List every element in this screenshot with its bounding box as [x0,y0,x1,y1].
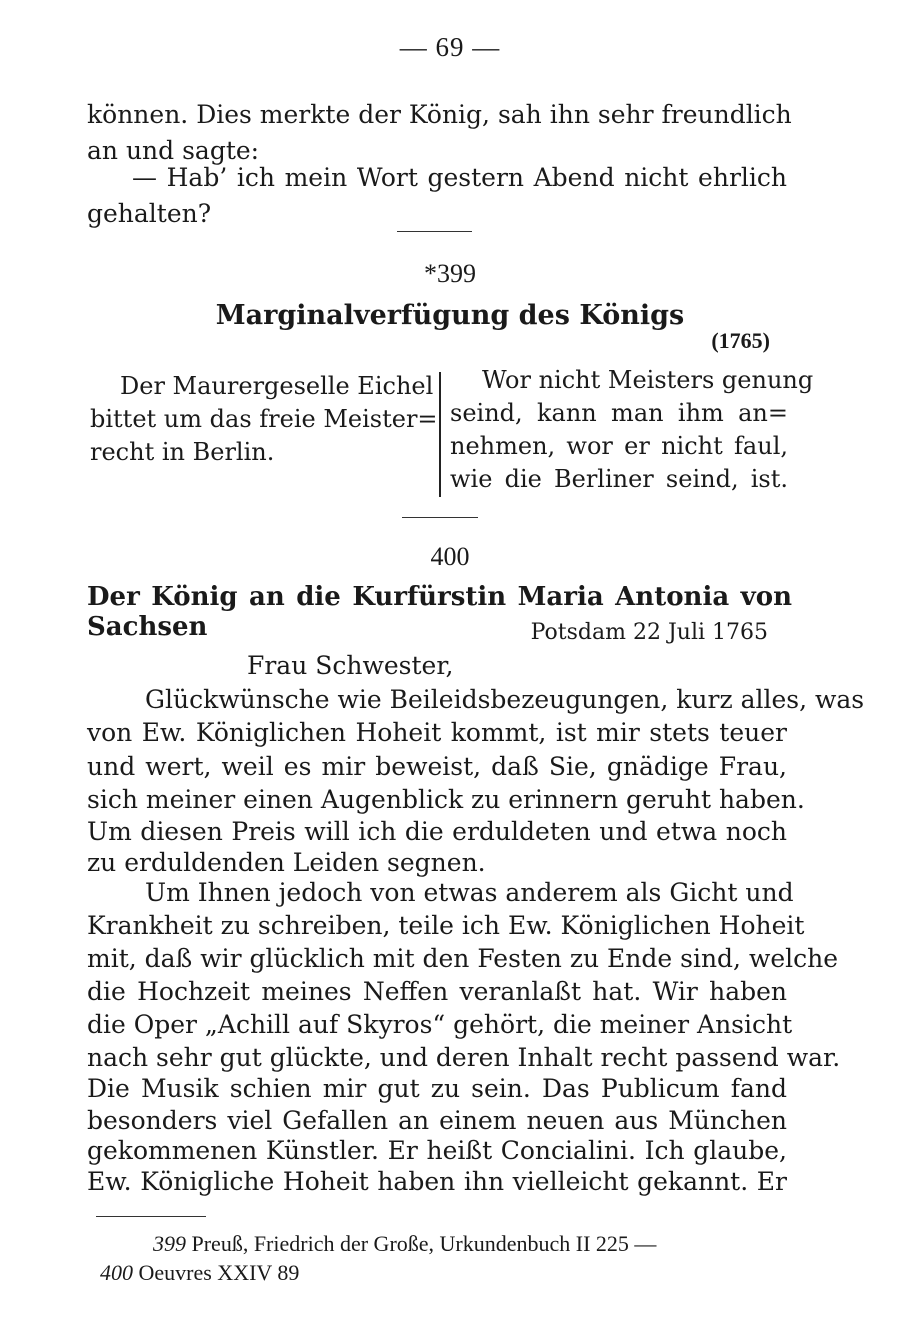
reply-line: Wor nicht Meisters genung [450,364,788,397]
body-line: Die Musik schien mir gut zu sein. Das Pu… [87,1072,787,1105]
petition-line: Der Maurergeselle Eichel [90,370,430,403]
body-line: zu erduldenden Leiden segnen. [87,846,787,879]
body-line: von Ew. Königlichen Hoheit kommt, ist mi… [87,716,787,749]
section-divider [402,517,478,518]
body-line: die Oper „Achill auf Skyros“ gehört, die… [87,1008,787,1041]
petition-line: recht in Berlin. [90,436,430,469]
section-number-399: *399 [0,259,900,289]
page-number: — 69 — [0,32,900,63]
body-line: Um diesen Preis will ich die erduldeten … [87,815,787,848]
footnote-text: Oeuvres XXIV 89 [139,1260,300,1285]
footnote-399: 399 Preuß, Friedrich der Große, Urkunden… [153,1231,656,1257]
royal-reply-column: Wor nicht Meisters genung seind, kann ma… [450,364,788,496]
petition-line: bittet um das freie Meister= [90,403,430,436]
petition-column: Der Maurergeselle Eichel bittet um das f… [90,370,430,469]
reply-line: wie die Berliner seind, ist. [450,463,788,496]
body-line: besonders viel Gefallen an einem neuen a… [87,1104,787,1137]
dateline: Potsdam 22 Juli 1765 [531,620,768,645]
intro-line: gehalten? [87,197,787,230]
section-number-400: 400 [0,542,900,572]
section-title-399: Marginalverfügung des Königs [0,300,900,331]
body-line: Glückwünsche wie Beileidsbezeugungen, ku… [87,683,787,716]
body-line: mit, daß wir glücklich mit den Festen zu… [87,942,787,975]
book-page: — 69 — können. Dies merkte der König, sa… [0,0,900,1338]
body-line: Ew. Königliche Hoheit haben ihn vielleic… [87,1165,787,1198]
column-divider [439,372,441,497]
body-line: die Hochzeit meines Neffen veranlaßt hat… [87,975,787,1008]
body-line: Krankheit zu schreiben, teile ich Ew. Kö… [87,909,787,942]
salutation: Frau Schwester, [247,651,454,680]
body-line: gekommenen Künstler. Er heißt Concialini… [87,1134,787,1167]
body-line: Um Ihnen jedoch von etwas anderem als Gi… [87,876,787,909]
footnote-rule [96,1216,206,1217]
reply-line: seind, kann man ihm an= [450,397,788,430]
intro-line: — Hab’ ich mein Wort gestern Abend nicht… [87,161,787,194]
footnote-text: Preuß, Friedrich der Große, Urkundenbuch… [192,1231,657,1256]
section-divider [397,231,472,232]
intro-line: können. Dies merkte der König, sah ihn s… [87,98,787,131]
body-line: und wert, weil es mir beweist, daß Sie, … [87,750,787,783]
footnote-400: 400 Oeuvres XXIV 89 [100,1260,299,1286]
body-line: sich meiner einen Augenblick zu erinnern… [87,783,787,816]
footnote-number: 400 [100,1260,133,1285]
reply-line: nehmen, wor er nicht faul, [450,430,788,463]
footnote-number: 399 [153,1231,186,1256]
body-line: nach sehr gut glückte, und deren Inhalt … [87,1041,787,1074]
section-year-399: (1765) [711,328,770,354]
